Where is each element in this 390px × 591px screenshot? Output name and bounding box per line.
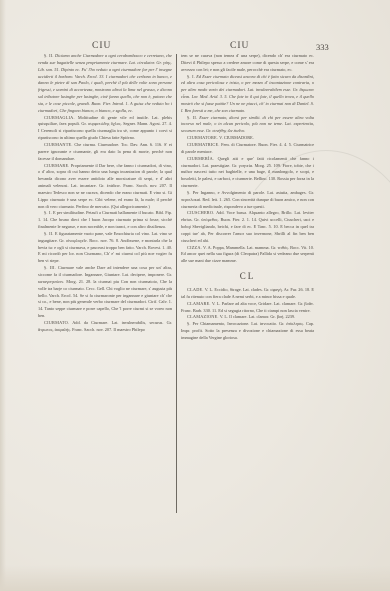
entry-headword: §. II. bbox=[187, 115, 197, 120]
dictionary-entry: §. I. Ed Esser ciurmato diceasi ancora d… bbox=[181, 74, 314, 115]
running-head-right: CIU bbox=[230, 41, 249, 51]
dictionary-entry: CIURMARE. Propriamente il Dar bere, che … bbox=[38, 163, 172, 211]
entry-text: Diciamo anche Ciurmadore a ogni cerabomb… bbox=[38, 53, 172, 113]
entry-headword: CIZZA. bbox=[187, 245, 202, 250]
dictionary-entry: CIURMATO. Add. da Ciurmare. Lat. invulne… bbox=[38, 320, 172, 334]
page-number: 333 bbox=[316, 42, 329, 52]
entry-text: E figuratamente vuoto pane, vale Emochiu… bbox=[38, 231, 172, 263]
scanned-page: CIU CIU 333 §. II. Diciamo anche Ciurmad… bbox=[0, 0, 390, 591]
running-head-left: CIU bbox=[92, 41, 111, 51]
dictionary-entry: §. II. Diciamo anche Ciurmadore a ogni c… bbox=[38, 53, 172, 115]
dictionary-entry: CIURMATORE. V. CIURMADORE. bbox=[181, 135, 314, 142]
dictionary-entry: CIURMATRICE. Fem. di Ciurmatore. Buon. F… bbox=[181, 142, 314, 156]
entry-text: E per similitudine. Petasfi a Ciurmati b… bbox=[38, 210, 172, 229]
dictionary-entry: CLAMAZIONE. V. L. Il clamare. Lat. clamo… bbox=[181, 314, 314, 321]
entry-headword: CIURMARE. bbox=[44, 163, 70, 168]
dictionary-entry: CIURMAGLIA. Moltitudine di gente vile ed… bbox=[38, 115, 172, 142]
dictionary-entry: CLAMARE. V. L. Parlare ad alta voce, Gri… bbox=[181, 301, 314, 315]
dictionary-entry: CLADE. V. L. Eccidio, Strage. Lat. clade… bbox=[181, 287, 314, 301]
entry-text: Esser ciurmato, dicesi per similit. di c… bbox=[181, 115, 314, 134]
entry-headword: CIURMAGLIA. bbox=[44, 115, 75, 120]
entry-headword: CLAMARE. bbox=[187, 301, 211, 306]
entry-headword: §. II. bbox=[44, 53, 54, 58]
entry-headword: CIURMATO. bbox=[44, 320, 69, 325]
entry-headword: §. I. bbox=[44, 210, 52, 215]
dictionary-entry: §. II. E figuratamente vuoto pane, vale … bbox=[38, 231, 172, 265]
entry-text: Ed Esser ciurmato diceasi ancora di chi … bbox=[181, 74, 314, 113]
entry-headword: §. III. bbox=[44, 265, 56, 270]
column-divider bbox=[176, 54, 177, 513]
entry-headword: CIURMATORE. bbox=[187, 135, 218, 140]
entry-headword: CIURMERÌA. bbox=[187, 156, 214, 161]
entry-text: Per Inganno, e Avvolgimento di parole. L… bbox=[181, 190, 314, 209]
section-heading: CL bbox=[181, 273, 314, 280]
entry-headword: CIURMANTE. bbox=[44, 142, 73, 147]
entry-text: Propriamente il Dar bere, che fanno i ci… bbox=[38, 163, 172, 209]
dictionary-entry: CIURMANTE. Che ciurma. Ciurmadore. Toc. … bbox=[38, 142, 172, 163]
dictionary-entry-continuation: tem se ne curava (non temea d' una serpe… bbox=[181, 53, 314, 74]
dictionary-entry: CIUSCHERO. Add. Voce bassa. Alquanto all… bbox=[181, 210, 314, 244]
entry-text: Per Chiamamento, Invocazione. Lat. invoc… bbox=[181, 321, 314, 340]
dictionary-entry: §. I. E per similitudine. Petasfi a Ciur… bbox=[38, 210, 172, 231]
entry-headword: CLAMAZIONE. bbox=[187, 314, 219, 319]
right-column: tem se ne curava (non temea d' una serpe… bbox=[181, 53, 314, 342]
left-column: §. II. Diciamo anche Ciurmadore a ogni c… bbox=[38, 53, 172, 334]
dictionary-entry: CIZZA. V. A. Poppa, Mammella. Lat. mamma… bbox=[181, 245, 314, 266]
page-bottom-shadow bbox=[0, 565, 390, 591]
entry-headword: CLADE. bbox=[187, 287, 204, 292]
dictionary-entry: §. Per Chiamamento, Invocazione. Lat. in… bbox=[181, 321, 314, 342]
entry-text: V. CIURMADORE. bbox=[219, 135, 254, 140]
entry-headword: CIUSCHERO. bbox=[187, 210, 214, 215]
entry-headword: CIURMATRICE. bbox=[187, 142, 220, 147]
dictionary-entry: §. III. Ciurmare vale anche Dare ad inte… bbox=[38, 265, 172, 320]
dictionary-entry: CIURMERÌA. Quegli atti e que' fatti rico… bbox=[181, 156, 314, 190]
entry-text: tem se ne curava (non temea d' una serpe… bbox=[181, 53, 314, 72]
entry-headword: §. II. bbox=[44, 231, 54, 236]
entry-text: V. L. Il clamare. Lat. clamor. Gr. βοή. … bbox=[220, 314, 295, 319]
dictionary-entry: §. II. Esser ciurmato, dicesi per simili… bbox=[181, 115, 314, 136]
entry-headword: §. bbox=[187, 321, 191, 326]
entry-headword: §. bbox=[187, 190, 191, 195]
dictionary-entry: §. Per Inganno, e Avvolgimento di parole… bbox=[181, 190, 314, 211]
entry-headword: §. I. bbox=[187, 74, 195, 79]
entry-text: Ciurmare vale anche Dare ad intendere un… bbox=[38, 265, 172, 318]
page-edge-shadow bbox=[0, 0, 6, 591]
